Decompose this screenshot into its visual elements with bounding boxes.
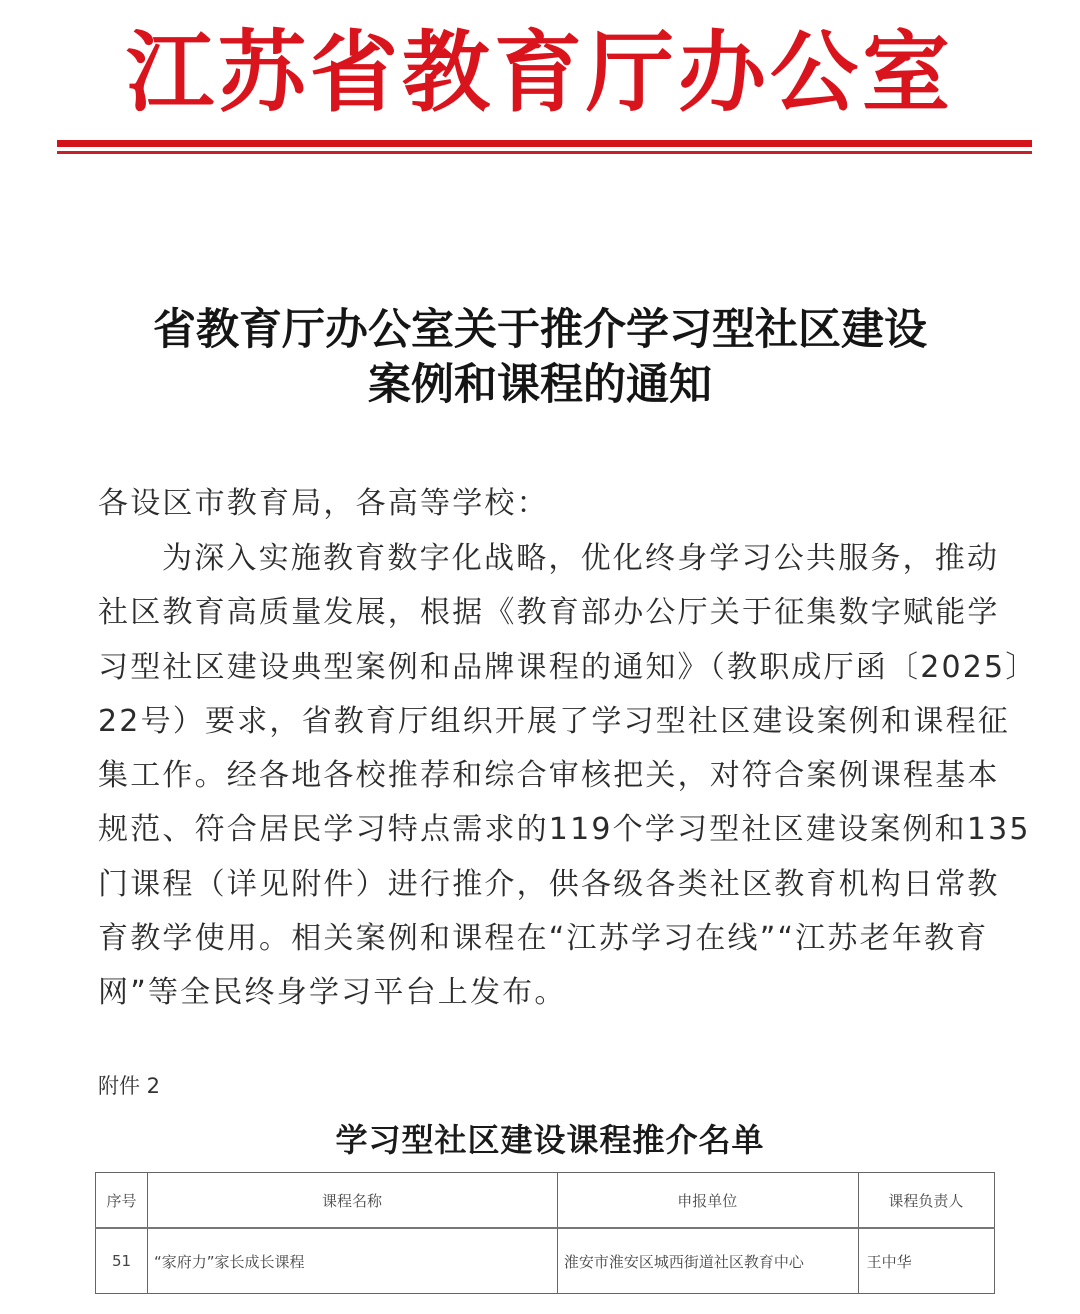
notice-body-paragraph: 为深入实施教育数字化战略，优化终身学习公共服务，推动 社区教育高质量发展，根据《… bbox=[98, 532, 988, 1021]
table-header-row: 序号 课程名称 申报单位 课程负责人 bbox=[96, 1173, 995, 1229]
header-serial-no: 序号 bbox=[96, 1173, 148, 1229]
body-line: 规范、符合居民学习特点需求的119个学习型社区建设案例和135 bbox=[98, 803, 988, 857]
masthead-org-name: 江苏省教育厅办公室 bbox=[0, 22, 1080, 122]
table-row: 51 “家府力”家长成长课程 淮安市淮安区城西街道社区教育中心 王中华 bbox=[96, 1228, 995, 1294]
course-list-title: 学习型社区建设课程推介名单 bbox=[0, 1115, 1080, 1161]
body-line: 集工作。经各地各校推荐和综合审核把关，对符合案例课程基本 bbox=[98, 749, 988, 803]
cell-course-lead: 王中华 bbox=[858, 1228, 994, 1294]
masthead-red-rule-thin bbox=[57, 151, 1032, 154]
body-line: 22号）要求，省教育厅组织开展了学习型社区建设案例和课程征 bbox=[98, 695, 988, 749]
header-course-lead: 课程负责人 bbox=[858, 1173, 994, 1229]
salutation: 各设区市教育局，各高等学校： bbox=[98, 477, 988, 531]
masthead-red-rule-thick bbox=[57, 140, 1032, 147]
notice-title-line-2: 案例和课程的通知 bbox=[0, 358, 1080, 412]
body-line: 育教学使用。相关案例和课程在“江苏学习在线”“江苏老年教育 bbox=[98, 912, 988, 966]
body-line: 网”等全民终身学习平台上发布。 bbox=[98, 966, 988, 1020]
body-line: 为深入实施教育数字化战略，优化终身学习公共服务，推动 bbox=[98, 532, 988, 586]
body-line: 习型社区建设典型案例和品牌课程的通知》（教职成厅函〔2025〕 bbox=[98, 641, 988, 695]
cell-serial-no: 51 bbox=[96, 1228, 148, 1294]
attachment-label: 附件 2 bbox=[98, 1070, 160, 1100]
cell-course-name: “家府力”家长成长课程 bbox=[148, 1228, 558, 1294]
header-applicant-unit: 申报单位 bbox=[557, 1173, 858, 1229]
course-recommendation-table: 序号 课程名称 申报单位 课程负责人 51 “家府力”家长成长课程 淮安市淮安区… bbox=[95, 1172, 995, 1294]
header-course-name: 课程名称 bbox=[148, 1173, 558, 1229]
body-line: 门课程（详见附件）进行推介，供各级各类社区教育机构日常教 bbox=[98, 858, 988, 912]
cell-applicant-unit: 淮安市淮安区城西街道社区教育中心 bbox=[557, 1228, 858, 1294]
body-line: 社区教育高质量发展，根据《教育部办公厅关于征集数字赋能学 bbox=[98, 586, 988, 640]
notice-title-line-1: 省教育厅办公室关于推介学习型社区建设 bbox=[0, 303, 1080, 357]
